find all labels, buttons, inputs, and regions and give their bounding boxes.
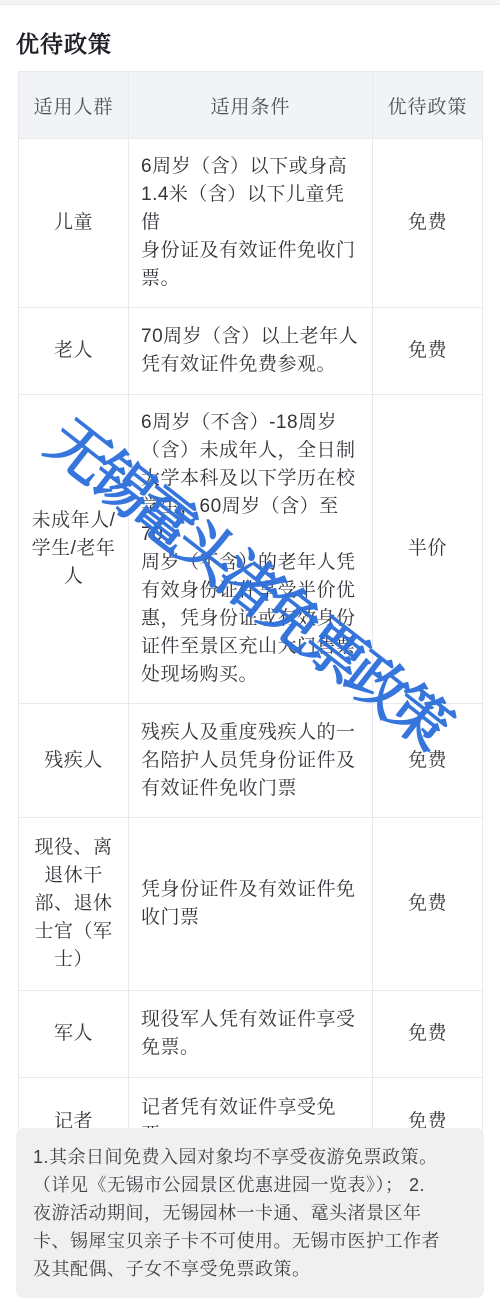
cell-policy: 免费 xyxy=(373,704,483,818)
table-row: 现役、离 退休干 部、退休 士官（军 士） 凭身份证件及有效证件免 收门票 免费 xyxy=(19,818,483,991)
header-applicable-group: 适用人群 xyxy=(19,72,129,139)
cell-condition: 凭身份证件及有效证件免 收门票 xyxy=(129,818,373,991)
page-title: 优待政策 xyxy=(16,26,112,59)
policy-table: 适用人群 适用条件 优待政策 儿童 6周岁（含）以下或身高 1.4米（含）以下儿… xyxy=(18,71,483,1167)
cell-policy: 免费 xyxy=(373,139,483,308)
cell-policy: 免费 xyxy=(373,818,483,991)
cell-group: 现役、离 退休干 部、退休 士官（军 士） xyxy=(19,818,129,991)
table-row: 残疾人 残疾人及重度残疾人的一 名陪护人员凭身份证件及 有效证件免收门票 免费 xyxy=(19,704,483,818)
table-row: 未成年人/ 学生/老年 人 6周岁（不含）-18周岁 （含）未成年人，全日制 大… xyxy=(19,395,483,704)
header-policy: 优待政策 xyxy=(373,72,483,139)
cell-condition: 6周岁（含）以下或身高 1.4米（含）以下儿童凭借 身份证及有效证件免收门 票。 xyxy=(129,139,373,308)
notes-box: 1.其余日间免费入园对象均不享受夜游免票政策。 （详见《无锡市公园景区优惠进园一… xyxy=(16,1128,484,1298)
table-header-row: 适用人群 适用条件 优待政策 xyxy=(19,72,483,139)
cell-group: 未成年人/ 学生/老年 人 xyxy=(19,395,129,704)
cell-condition: 残疾人及重度残疾人的一 名陪护人员凭身份证件及 有效证件免收门票 xyxy=(129,704,373,818)
cell-group: 军人 xyxy=(19,991,129,1078)
cell-condition: 6周岁（不含）-18周岁 （含）未成年人，全日制 大学本科及以下学历在校 学生，… xyxy=(129,395,373,704)
cell-policy: 免费 xyxy=(373,991,483,1078)
cell-condition: 现役军人凭有效证件享受 免票。 xyxy=(129,991,373,1078)
cell-condition: 70周岁（含）以上老年人 凭有效证件免费参观。 xyxy=(129,308,373,395)
table-row: 老人 70周岁（含）以上老年人 凭有效证件免费参观。 免费 xyxy=(19,308,483,395)
table-row: 儿童 6周岁（含）以下或身高 1.4米（含）以下儿童凭借 身份证及有效证件免收门… xyxy=(19,139,483,308)
header-applicable-condition: 适用条件 xyxy=(129,72,373,139)
cell-group: 老人 xyxy=(19,308,129,395)
cell-policy: 免费 xyxy=(373,308,483,395)
cell-policy: 半价 xyxy=(373,395,483,704)
cell-group: 儿童 xyxy=(19,139,129,308)
cell-group: 残疾人 xyxy=(19,704,129,818)
table-row: 军人 现役军人凭有效证件享受 免票。 免费 xyxy=(19,991,483,1078)
top-divider xyxy=(0,0,500,5)
